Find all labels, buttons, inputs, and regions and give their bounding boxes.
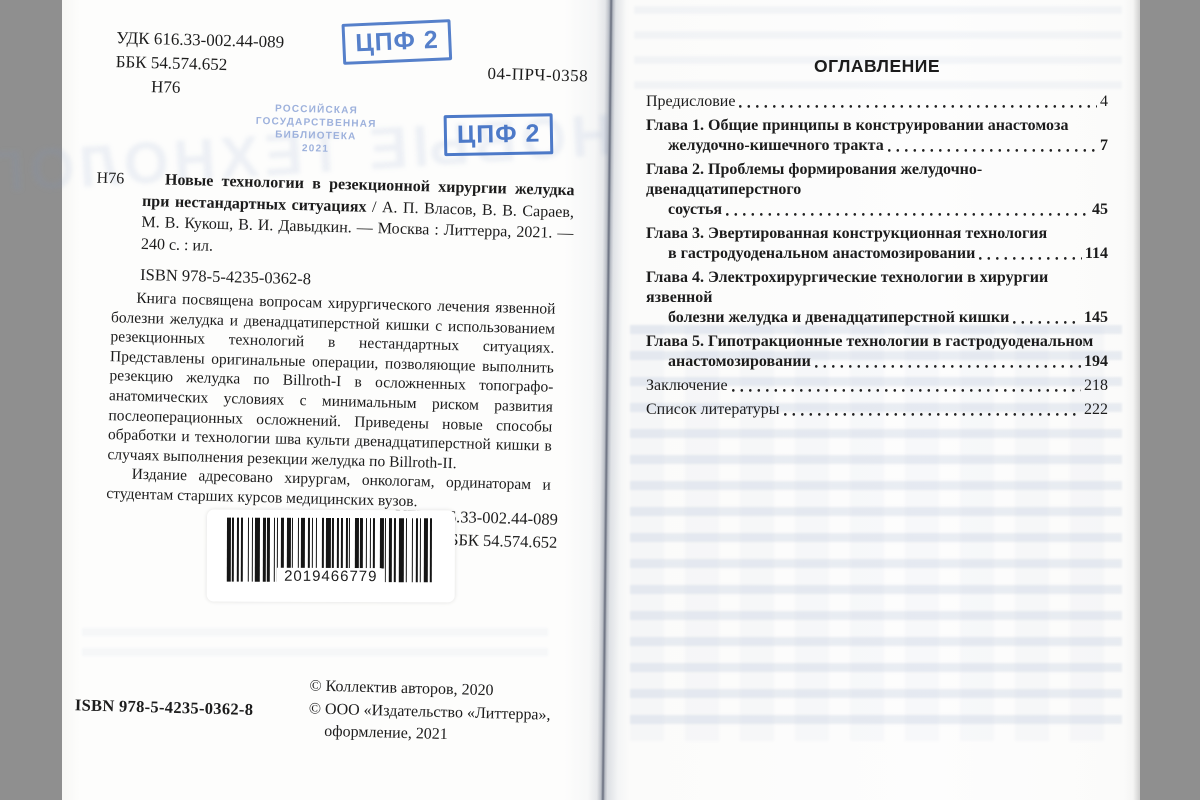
- toc-page-number: 45: [1092, 200, 1108, 220]
- barcode-label: 2019466779: [207, 510, 455, 603]
- book-scan: НОВЫЕ ТЕХНОЛОГИИ УДК 616.33-002.44-089 Б…: [0, 0, 1200, 800]
- toc-page-number: 4: [1100, 92, 1108, 112]
- right-page: ОГЛАВЛЕНИЕ Предисловие 4 Глава 1. Общие …: [608, 0, 1140, 800]
- toc-page-number: 194: [1084, 352, 1108, 372]
- author-sign-line: Н76: [115, 74, 283, 102]
- barcode-number: 2019466779: [207, 568, 455, 586]
- toc-entry-label: Глава 3. Эвертированная конструкционная …: [646, 224, 1108, 244]
- toc-entry-chapter-4: Глава 4. Электрохирургические технологии…: [646, 268, 1108, 328]
- toc-entry-label: Глава 2. Проблемы формирования желудочно…: [646, 160, 1108, 200]
- cpf-stamp-lower: ЦПФ 2: [444, 113, 554, 156]
- cpf-stamp-top: ЦПФ 2: [342, 19, 453, 65]
- left-page-content: НОВЫЕ ТЕХНОЛОГИИ УДК 616.33-002.44-089 Б…: [51, 0, 618, 800]
- bibliographic-entry: Н76 Новые технологии в резекционной хиру…: [95, 168, 583, 267]
- toc-entry-label: в гастродуоденальном анастомозировании: [668, 244, 975, 264]
- toc-entry-label: болезни желудка и двенадцатиперстной киш…: [668, 308, 1009, 328]
- toc-entry-label: Глава 1. Общие принципы в конструировани…: [646, 116, 1108, 136]
- footer-isbn: ISBN 978-5-4235-0362-8: [75, 695, 254, 720]
- toc-entry-label: Глава 5. Гипотракционные технологии в га…: [646, 332, 1108, 352]
- toc-page-number: 7: [1100, 136, 1108, 156]
- catalog-code: Н76: [96, 170, 124, 189]
- toc-entry-label: анастомозировании: [668, 352, 811, 372]
- toc-entry-label: соустья: [668, 200, 722, 220]
- toc-entry-chapter-5: Глава 5. Гипотракционные технологии в га…: [646, 332, 1108, 372]
- toc-entry-label: Глава 4. Электрохирургические технологии…: [646, 268, 1108, 308]
- toc-dot-leader: [726, 200, 1089, 220]
- toc-dot-leader: [739, 92, 1097, 112]
- toc-entry-chapter-2: Глава 2. Проблемы формирования желудочно…: [646, 160, 1108, 220]
- toc-entry-preface: Предисловие 4: [646, 92, 1108, 112]
- toc-entry-label: Список литературы: [646, 400, 780, 420]
- udk-bbk-block-top: УДК 616.33-002.44-089 ББК 54.574.652 Н76: [115, 26, 285, 102]
- toc-page-number: 218: [1084, 376, 1108, 396]
- toc-dot-leader: [1013, 308, 1081, 328]
- toc-page-number: 145: [1084, 308, 1108, 328]
- left-page: НОВЫЕ ТЕХНОЛОГИИ УДК 616.33-002.44-089 Б…: [62, 0, 608, 800]
- library-stamp: РОССИЙСКАЯ ГОСУДАРСТВЕННАЯ БИБЛИОТЕКА 20…: [231, 101, 400, 157]
- bibliographic-description: Новые технологии в резекционной хирургии…: [141, 169, 575, 266]
- table-of-contents: ОГЛАВЛЕНИЕ Предисловие 4 Глава 1. Общие …: [646, 56, 1108, 424]
- toc-entry-chapter-3: Глава 3. Эвертированная конструкционная …: [646, 224, 1108, 264]
- toc-page-number: 114: [1085, 244, 1108, 264]
- annotation-paragraph-1: Книга посвящена вопросам хирургического …: [107, 288, 555, 476]
- toc-dot-leader: [888, 136, 1097, 156]
- annotation-block: Книга посвящена вопросам хирургического …: [106, 288, 555, 515]
- toc-entry-references: Список литературы 222: [646, 400, 1108, 420]
- toc-dot-leader: [784, 400, 1081, 420]
- toc-entry-label: Заключение: [646, 376, 728, 396]
- bbk-line: ББК 54.574.652: [115, 50, 283, 78]
- accession-number: 04-ПРЧ-0358: [487, 64, 588, 87]
- toc-title: ОГЛАВЛЕНИЕ: [646, 56, 1108, 77]
- toc-dot-leader: [732, 376, 1081, 396]
- toc-entry-conclusion: Заключение 218: [646, 376, 1108, 396]
- toc-dot-leader: [979, 244, 1082, 264]
- copyright-block: © Коллектив авторов, 2020 © ООО «Издател…: [308, 675, 551, 749]
- toc-entry-label: желудочно-кишечного тракта: [668, 136, 884, 156]
- toc-entry-chapter-1: Глава 1. Общие принципы в конструировани…: [646, 116, 1108, 156]
- toc-dot-leader: [815, 352, 1081, 372]
- toc-page-number: 222: [1084, 400, 1108, 420]
- isbn-line: ISBN 978-5-4235-0362-8: [140, 265, 311, 289]
- toc-entry-label: Предисловие: [646, 92, 735, 112]
